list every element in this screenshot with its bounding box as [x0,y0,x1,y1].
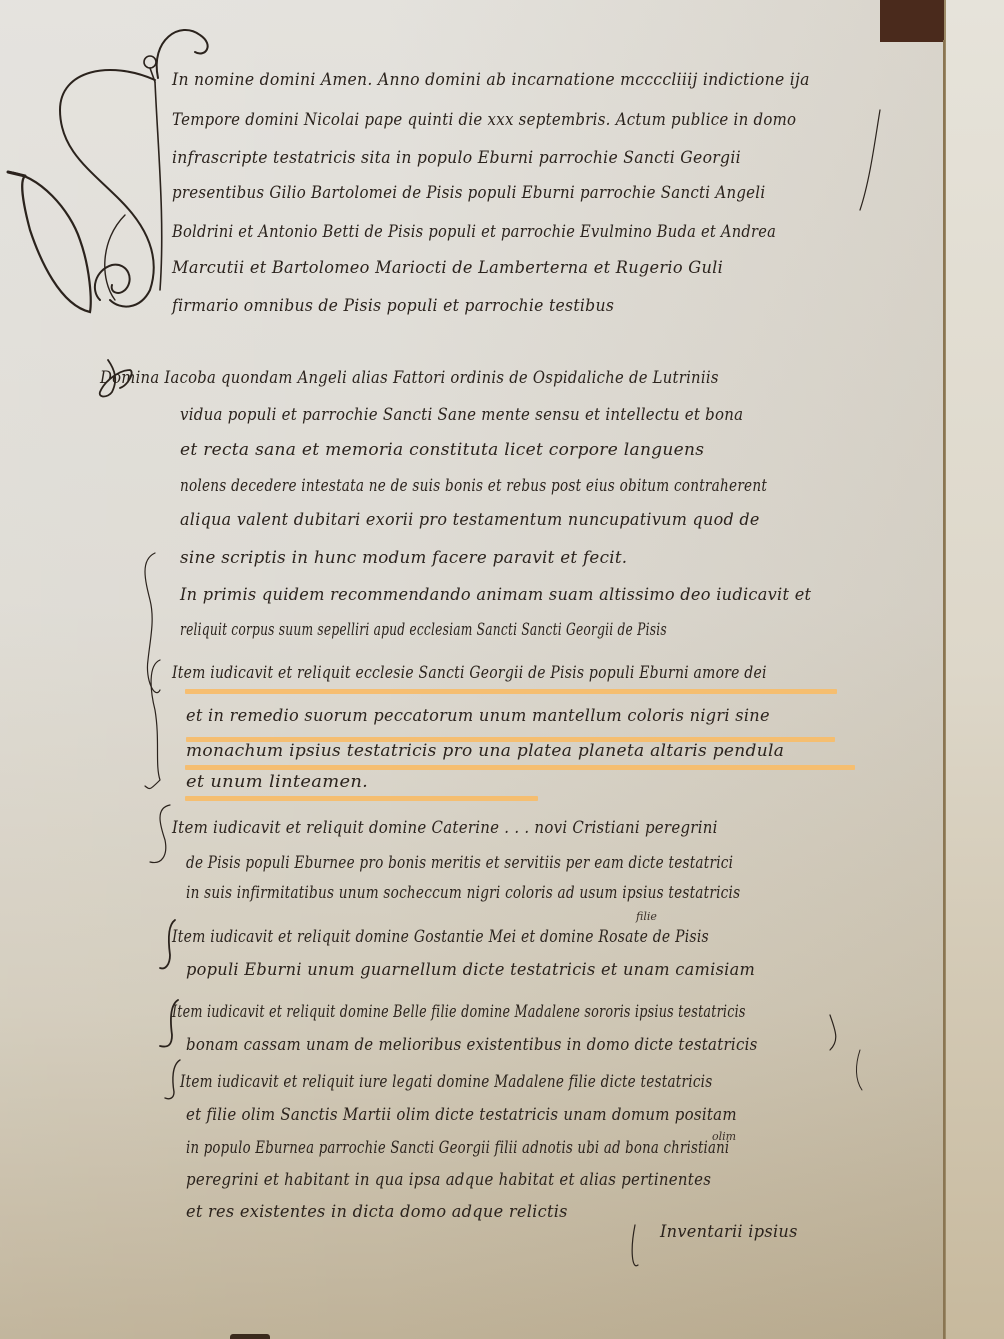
manuscript-line-10: et recta sana et memoria constituta lice… [180,440,704,460]
manuscript-line-19: et unum linteamen. [186,772,368,792]
manuscript-line-4: presentibus Gilio Bartolomei de Pisis po… [172,183,765,203]
manuscript-line-16: Item iudicavit et reliquit ecclesie Sanc… [172,663,767,683]
manuscript-line-3: infrascripte testatricis sita in populo … [172,148,741,168]
manuscript-line-15: reliquit corpus suum sepelliri apud eccl… [180,620,667,640]
manuscript-line-28: et filie olim Sanctis Martii olim dicte … [186,1105,737,1125]
manuscript-line-22: in suis infirmitatibus unum socheccum ni… [186,883,740,903]
manuscript-line-13: sine scriptis in hunc modum facere parav… [180,548,627,568]
manuscript-line-23: Item iudicavit et reliquit domine Gostan… [172,927,709,947]
manuscript-line-32: Inventarii ipsius [660,1222,798,1242]
manuscript-line-20: Item iudicavit et reliquit domine Cateri… [172,818,718,838]
manuscript-line-21: de Pisis populi Eburnee pro bonis meriti… [186,853,733,873]
adjacent-leaf [944,0,1004,1339]
manuscript-line-24: populi Eburni unum guarnellum dicte test… [186,960,755,980]
manuscript-line-26: bonam cassam unam de melioribus existent… [186,1035,758,1055]
highlight-bar-1 [185,689,837,694]
manuscript-line-12: aliqua valent dubitari exorii pro testam… [180,510,760,530]
manuscript-line-31: et res existentes in dicta domo adque re… [186,1202,568,1222]
manuscript-line-2: Tempore domini Nicolai pape quinti die x… [172,110,796,130]
manuscript-line-5: Boldrini et Antonio Betti de Pisis popul… [172,222,776,242]
manuscript-line-9: vidua populi et parrochie Sancti Sane me… [180,405,743,425]
manuscript-line-27: Item iudicavit et reliquit iure legati d… [180,1072,713,1092]
manuscript-line-1: In nomine domini Amen. Anno domini ab in… [172,70,816,90]
manuscript-line-11: nolens decedere intestata ne de suis bon… [180,476,767,496]
manuscript-line-6: Marcutii et Bartolomeo Mariocti de Lambe… [172,258,723,278]
interlinear-gloss-1: filie [636,910,657,923]
manuscript-line-18: monachum ipsius testatricis pro una plat… [186,741,784,761]
manuscript-line-25: Item iudicavit et reliquit domine Belle … [172,1002,746,1022]
highlight-bar-3 [185,765,855,770]
highlight-bar-4 [185,796,538,801]
manuscript-line-17: et in remedio suorum peccatorum unum man… [186,706,770,726]
manuscript-line-8: Domina Iacoba quondam Angeli alias Fatto… [100,368,719,388]
manuscript-line-14: In primis quidem recommendando animam su… [180,585,811,605]
manuscript-line-7: firmario omnibus de Pisis populi et parr… [172,296,614,316]
manuscript-line-29: in populo Eburnea parrochie Sancti Georg… [186,1138,729,1158]
manuscript-line-30: peregrini et habitant in qua ipsa adque … [186,1170,711,1190]
